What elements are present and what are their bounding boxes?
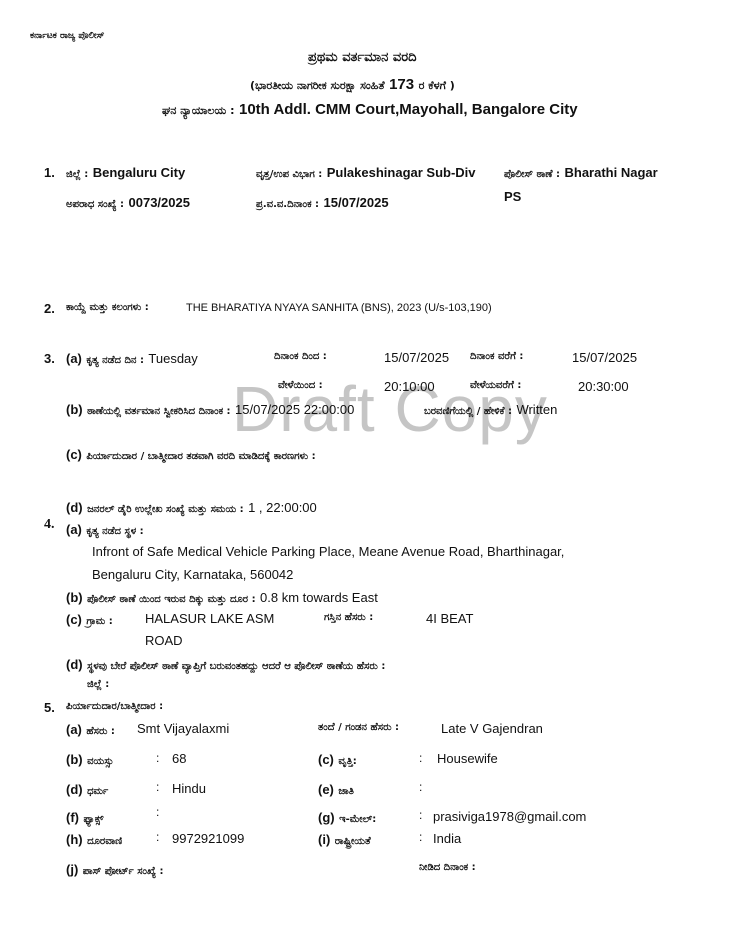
section-1-number: 1. xyxy=(44,165,55,180)
section-5-number: 5. xyxy=(44,700,55,715)
occurrence-day-value: Tuesday xyxy=(148,351,197,366)
time-to-value: 20:30:00 xyxy=(578,379,629,394)
police-station-label: ಪೊಲೀಸ್ ಠಾಣೆ : xyxy=(504,169,560,180)
nationality-field: (i) ರಾಷ್ಟ್ರೀಯತೆ xyxy=(318,831,371,849)
district-value: Bengaluru City xyxy=(93,165,185,180)
father-husband-label: ತಂದೆ / ಗಂಡನ ಹೆಸರು : xyxy=(318,722,399,733)
caste-field: (e) ಜಾತಿ xyxy=(318,781,354,799)
religion-field: (d) ಧರ್ಮ xyxy=(66,781,108,799)
document-subtitle: (ಭಾರತೀಯ ನಾಗರೀಕ ಸುರಕ್ಷಾ ಸಂಹಿತೆ 173 ರ ಕೆಳಗ… xyxy=(250,76,455,94)
court-label: ಘನ ನ್ಯಾಯಾಲಯ : xyxy=(162,104,235,117)
marker-4d: (d) xyxy=(66,657,83,672)
village-label: ಗ್ರಾಮ : xyxy=(86,616,112,627)
occurrence-day-field: (a) ಕೃತ್ಯ ನಡೆದ ದಿನ : Tuesday xyxy=(66,350,198,368)
subdivision-label: ವೃತ್ತ/ಉಪ ವಿಭಾಗ : xyxy=(256,169,322,180)
phone-separator: : xyxy=(156,830,159,844)
occupation-separator: : xyxy=(419,751,422,765)
occurrence-day-label: ಕೃತ್ಯ ನಡೆದ ದಿನ : xyxy=(86,355,144,366)
court-line: ಘನ ನ್ಯಾಯಾಲಯ : 10th Addl. CMM Court,Mayoh… xyxy=(162,101,578,119)
marker-5g: (g) xyxy=(318,810,335,825)
passport-label: ಪಾಸ್ ಪೋರ್ಟ್ ಸಂಖ್ಯೆ : xyxy=(83,866,164,877)
info-received-field: (b) ಠಾಣೆಯಲ್ಲಿ ವರ್ತಮಾನ ಸ್ವೀಕರಿಸಿದ ದಿನಾಂಕ … xyxy=(66,401,354,419)
occupation-value: Housewife xyxy=(437,751,498,766)
document-title: ಪ್ರಥಮ ವರ್ತಮಾನ ವರದಿ xyxy=(308,50,417,65)
marker-4b: (b) xyxy=(66,590,83,605)
email-label: ಇ-ಮೇಲ್: xyxy=(339,814,376,825)
marker-5h: (h) xyxy=(66,832,83,847)
religion-value: Hindu xyxy=(172,781,206,796)
complainant-heading: ಪಿರ್ಯಾದುದಾರ/ಬಾತ್ಮೀದಾರ : xyxy=(66,701,163,712)
section-3-number: 3. xyxy=(44,351,55,366)
direction-distance-value: 0.8 km towards East xyxy=(260,590,378,605)
police-station-value-cont: PS xyxy=(504,189,521,204)
time-from-label: ವೇಳೆಯಿಂದ : xyxy=(278,380,323,391)
crime-number-label: ಅಪರಾಧ ಸಂಖ್ಯೆ : xyxy=(66,199,124,210)
passport-issue-date-label: ನೀಡಿದ ದಿನಾಂಕ : xyxy=(419,862,476,873)
address-line-1: Infront of Safe Medical Vehicle Parking … xyxy=(92,544,564,559)
court-value: 10th Addl. CMM Court,Mayohall, Bangalore… xyxy=(239,101,578,118)
age-value: 68 xyxy=(172,751,186,766)
marker-3b: (b) xyxy=(66,402,83,417)
crime-number-value: 0073/2025 xyxy=(129,195,190,210)
written-field: ಬರವಣಿಗೆಯಲ್ಲಿ / ಹೇಳಿಕೆ : Written xyxy=(424,401,557,419)
general-diary-value: 1 , 22:00:00 xyxy=(248,500,317,515)
phone-value: 9972921099 xyxy=(172,831,244,846)
nationality-separator: : xyxy=(419,830,422,844)
general-diary-label: ಜನರಲ್ ಡೈರಿ ಉಲ್ಲೇಖ ಸಂಖ್ಯೆ ಮತ್ತು ಸಮಯ : xyxy=(87,504,244,515)
subdivision-value: Pulakeshinagar Sub-Div xyxy=(327,165,476,180)
marker-4a: (a) xyxy=(66,522,82,537)
time-to-label: ವೇಳೆಯವರೆಗೆ : xyxy=(470,380,521,391)
place-of-occurrence-label: ಕೃತ್ಯ ನಡೆದ ಸ್ಥಳ : xyxy=(86,526,143,537)
village-field: (c) ಗ್ರಾಮ : xyxy=(66,611,113,629)
complainant-name-label: ಹೆಸರು : xyxy=(86,726,115,737)
section-4-number: 4. xyxy=(44,517,55,533)
phone-field: (h) ದೂರವಾಣಿ xyxy=(66,831,122,849)
marker-5c: (c) xyxy=(318,752,334,767)
complainant-name-value: Smt Vijayalaxmi xyxy=(137,721,229,736)
info-received-label: ಠಾಣೆಯಲ್ಲಿ ವರ್ತಮಾನ ಸ್ವೀಕರಿಸಿದ ದಿನಾಂಕ : xyxy=(87,406,231,417)
org-name: ಕರ್ನಾಟಕ ರಾಜ್ಯ ಪೊಲೀಸ್ xyxy=(30,31,104,41)
marker-5d: (d) xyxy=(66,782,83,797)
marker-5f: (f) xyxy=(66,810,79,825)
marker-3c: (c) xyxy=(66,447,82,462)
nationality-label: ರಾಷ್ಟ್ರೀಯತೆ xyxy=(335,836,371,847)
marker-5b: (b) xyxy=(66,752,83,767)
police-station-field: ಪೊಲೀಸ್ ಠಾಣೆ : Bharathi Nagar xyxy=(504,164,658,182)
district-field: ಜಿಲ್ಲೆ : Bengaluru City xyxy=(66,164,185,182)
marker-5j: (j) xyxy=(66,862,78,877)
email-field: (g) ಇ-ಮೇಲ್: xyxy=(318,809,376,827)
delay-reason-label: ಪಿರ್ಯಾದುದಾರ / ಬಾತ್ಮೀದಾರ ತಡವಾಗಿ ವರದಿ ಮಾಡಿ… xyxy=(86,451,315,462)
religion-separator: : xyxy=(156,780,159,794)
caste-separator: : xyxy=(419,780,422,794)
general-diary-field: (d) ಜನರಲ್ ಡೈರಿ ಉಲ್ಲೇಖ ಸಂಖ್ಯೆ ಮತ್ತು ಸಮಯ :… xyxy=(66,499,317,517)
district-label: ಜಿಲ್ಲೆ : xyxy=(66,169,88,180)
delay-reason-field: (c) ಪಿರ್ಯಾದುದಾರ / ಬಾತ್ಮೀದಾರ ತಡವಾಗಿ ವರದಿ … xyxy=(66,446,316,464)
village-value-cont: ROAD xyxy=(145,633,183,648)
section-2-number: 2. xyxy=(44,301,55,316)
acts-sections-label: ಕಾಯ್ದೆ ಮತ್ತು ಕಲಂಗಳು : xyxy=(66,302,149,313)
beat-value: 4I BEAT xyxy=(426,611,473,626)
other-station-district-label: ಜಿಲ್ಲೆ : xyxy=(87,679,109,690)
marker-3d: (d) xyxy=(66,500,83,515)
direction-distance-label: ಪೊಲೀಸ್ ಠಾಣೆ ಯಿಂದ ಇರುವ ದಿಕ್ಕು ಮತ್ತು ದೂರ : xyxy=(87,594,256,605)
phone-label: ದೂರವಾಣಿ xyxy=(87,836,122,847)
crime-number-field: ಅಪರಾಧ ಸಂಖ್ಯೆ : 0073/2025 xyxy=(66,194,190,212)
marker-5e: (e) xyxy=(318,782,334,797)
fir-date-field: ಪ್ರ.ವ.ವ.ದಿನಾಂಕ : 15/07/2025 xyxy=(256,194,389,212)
date-to-label: ದಿನಾಂಕ ವರೆಗೆ : xyxy=(470,351,523,362)
fax-field: (f) ಫ್ಯಾಕ್ಸ್ xyxy=(66,809,103,827)
email-value: prasiviga1978@gmail.com xyxy=(433,809,586,824)
address-line-2: Bengaluru City, Karnataka, 560042 xyxy=(92,567,293,582)
fax-separator: : xyxy=(156,805,159,819)
time-from-value: 20:10:00 xyxy=(384,379,435,394)
marker-3a: (a) xyxy=(66,351,82,366)
subtitle-suffix: ರ ಕೆಳಗೆ ) xyxy=(419,79,455,92)
marker-5i: (i) xyxy=(318,832,330,847)
acts-sections-value: THE BHARATIYA NYAYA SANHITA (BNS), 2023 … xyxy=(186,302,492,314)
written-label: ಬರವಣಿಗೆಯಲ್ಲಿ / ಹೇಳಿಕೆ : xyxy=(424,406,512,417)
direction-distance-field: (b) ಪೊಲೀಸ್ ಠಾಣೆ ಯಿಂದ ಇರುವ ದಿಕ್ಕು ಮತ್ತು ದ… xyxy=(66,589,378,607)
other-station-field: (d) ಸ್ಥಳವು ಬೇರೆ ಪೊಲೀಸ್ ಠಾಣೆ ವ್ಯಾಪ್ತಿಗೆ ಬ… xyxy=(66,656,385,674)
age-label: ವಯಸ್ಸು xyxy=(87,756,114,767)
marker-5a: (a) xyxy=(66,722,82,737)
fax-label: ಫ್ಯಾಕ್ಸ್ xyxy=(83,814,103,825)
place-of-occurrence-field: (a) ಕೃತ್ಯ ನಡೆದ ಸ್ಥಳ : xyxy=(66,521,144,539)
subtitle-section: 173 xyxy=(389,76,414,93)
age-separator: : xyxy=(156,751,159,765)
date-from-label: ದಿನಾಂಕ ದಿಂದ : xyxy=(274,351,327,362)
email-separator: : xyxy=(419,808,422,822)
fir-date-label: ಪ್ರ.ವ.ವ.ದಿನಾಂಕ : xyxy=(256,199,319,210)
complainant-name-field: (a) ಹೆಸರು : xyxy=(66,721,115,739)
subdivision-field: ವೃತ್ತ/ಉಪ ವಿಭಾಗ : Pulakeshinagar Sub-Div xyxy=(256,164,476,182)
date-from-value: 15/07/2025 xyxy=(384,350,449,365)
subtitle-prefix: (ಭಾರತೀಯ ನಾಗರೀಕ ಸುರಕ್ಷಾ ಸಂಹಿತೆ xyxy=(250,79,385,92)
police-station-value: Bharathi Nagar xyxy=(565,165,658,180)
beat-label: ಗಸ್ತಿನ ಹೆಸರು : xyxy=(324,612,373,623)
date-to-value: 15/07/2025 xyxy=(572,350,637,365)
other-station-label: ಸ್ಥಳವು ಬೇರೆ ಪೊಲೀಸ್ ಠಾಣೆ ವ್ಯಾಪ್ತಿಗೆ ಬರುವಂ… xyxy=(87,661,385,672)
age-field: (b) ವಯಸ್ಸು xyxy=(66,751,114,769)
written-value: Written xyxy=(516,402,557,417)
father-husband-value: Late V Gajendran xyxy=(441,721,543,736)
nationality-value: India xyxy=(433,831,461,846)
fir-date-value: 15/07/2025 xyxy=(324,195,389,210)
occupation-label: ವೃತ್ತಿ: xyxy=(338,756,356,767)
caste-label: ಜಾತಿ xyxy=(338,786,354,797)
passport-field: (j) ಪಾಸ್ ಪೋರ್ಟ್ ಸಂಖ್ಯೆ : xyxy=(66,861,164,879)
village-value: HALASUR LAKE ASM xyxy=(145,611,274,626)
occupation-field: (c) ವೃತ್ತಿ: xyxy=(318,751,357,769)
info-received-value: 15/07/2025 22:00:00 xyxy=(235,402,354,417)
marker-4c: (c) xyxy=(66,612,82,627)
religion-label: ಧರ್ಮ xyxy=(87,786,108,797)
